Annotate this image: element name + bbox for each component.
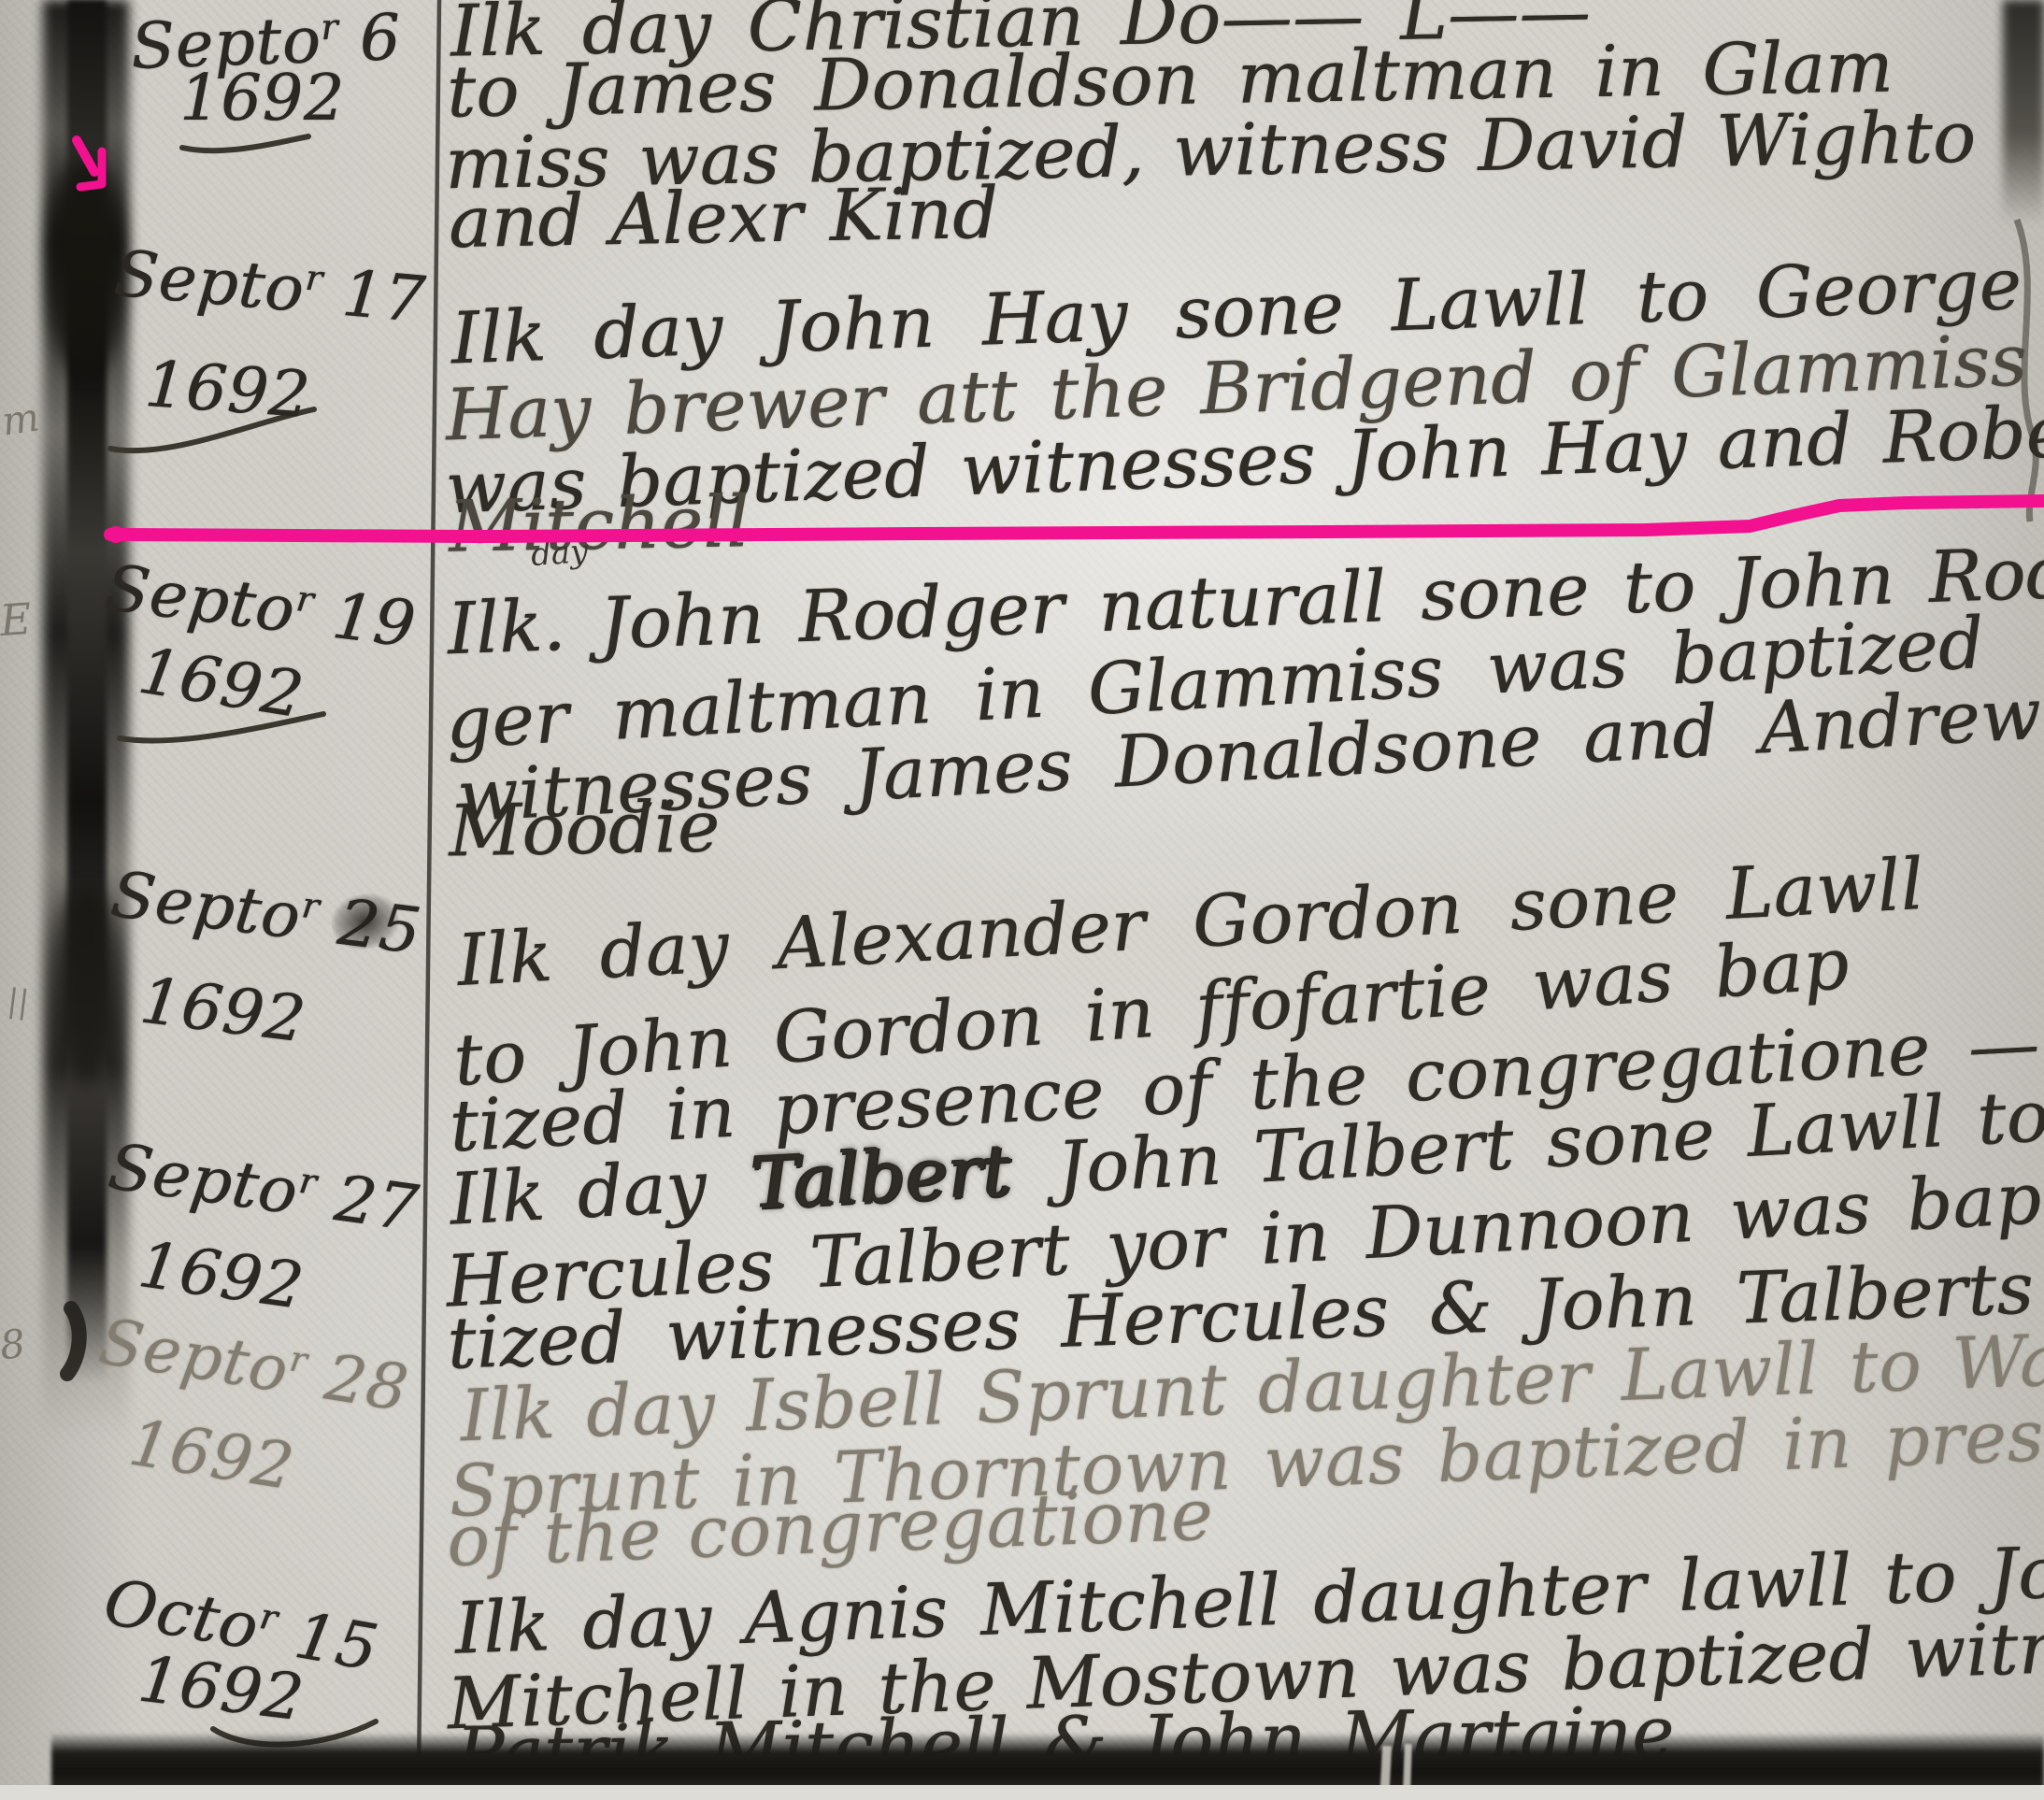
register-page: m E || 8 Septor6 1692 Ilk day Christian … <box>0 0 2044 1800</box>
pink-annotation-overlay <box>0 0 2044 1800</box>
pink-arrow <box>77 140 94 172</box>
pink-underline <box>110 501 2044 536</box>
pink-underline-end <box>107 526 124 543</box>
